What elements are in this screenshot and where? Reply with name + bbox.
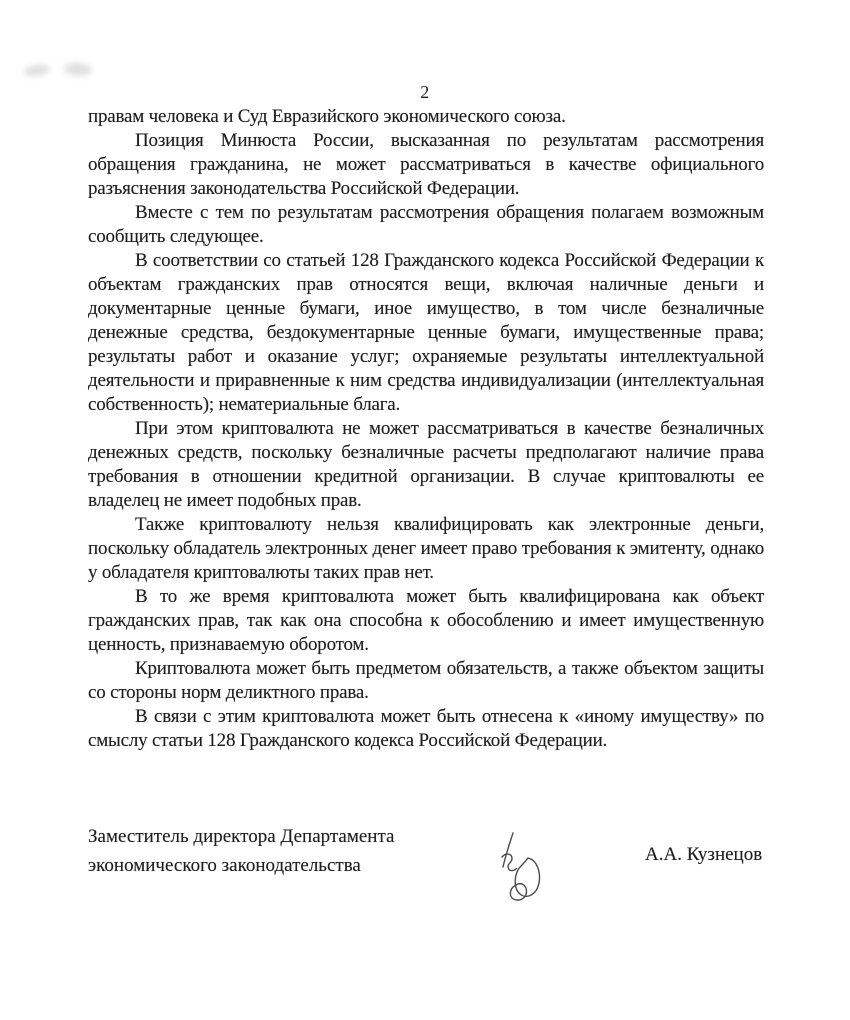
paragraph: Также криптовалюту нельзя квалифицироват… bbox=[88, 513, 764, 585]
paragraph: Вместе с тем по результатам рассмотрения… bbox=[88, 201, 764, 249]
document-body: правам человека и Суд Евразийского эконо… bbox=[88, 105, 764, 753]
paragraph: Криптовалюта может быть предметом обязат… bbox=[88, 657, 764, 705]
scan-artifact bbox=[63, 62, 92, 77]
signer-name: А.А. Кузнецов bbox=[645, 844, 762, 866]
paragraph: Позиция Минюста России, высказанная по р… bbox=[88, 129, 764, 201]
page-number: 2 bbox=[0, 82, 850, 103]
signer-position-line-2: экономического законодательства bbox=[88, 851, 394, 880]
paragraph: В связи с этим криптовалюта может быть о… bbox=[88, 705, 764, 753]
paragraph: При этом криптовалюта не может рассматри… bbox=[88, 417, 764, 513]
paragraph: В то же время криптовалюта может быть кв… bbox=[88, 585, 764, 657]
paragraph: правам человека и Суд Евразийского эконо… bbox=[88, 105, 764, 129]
paragraph: В соответствии со статьей 128 Гражданско… bbox=[88, 249, 764, 417]
signer-position: Заместитель директора Департамента эконо… bbox=[88, 822, 394, 880]
scan-artifact bbox=[23, 63, 50, 78]
signer-position-line-1: Заместитель директора Департамента bbox=[88, 822, 394, 851]
handwritten-signature-icon bbox=[494, 830, 550, 908]
signature-block: Заместитель директора Департамента эконо… bbox=[88, 822, 764, 932]
document-page: 2 правам человека и Суд Евразийского эко… bbox=[0, 0, 850, 1020]
